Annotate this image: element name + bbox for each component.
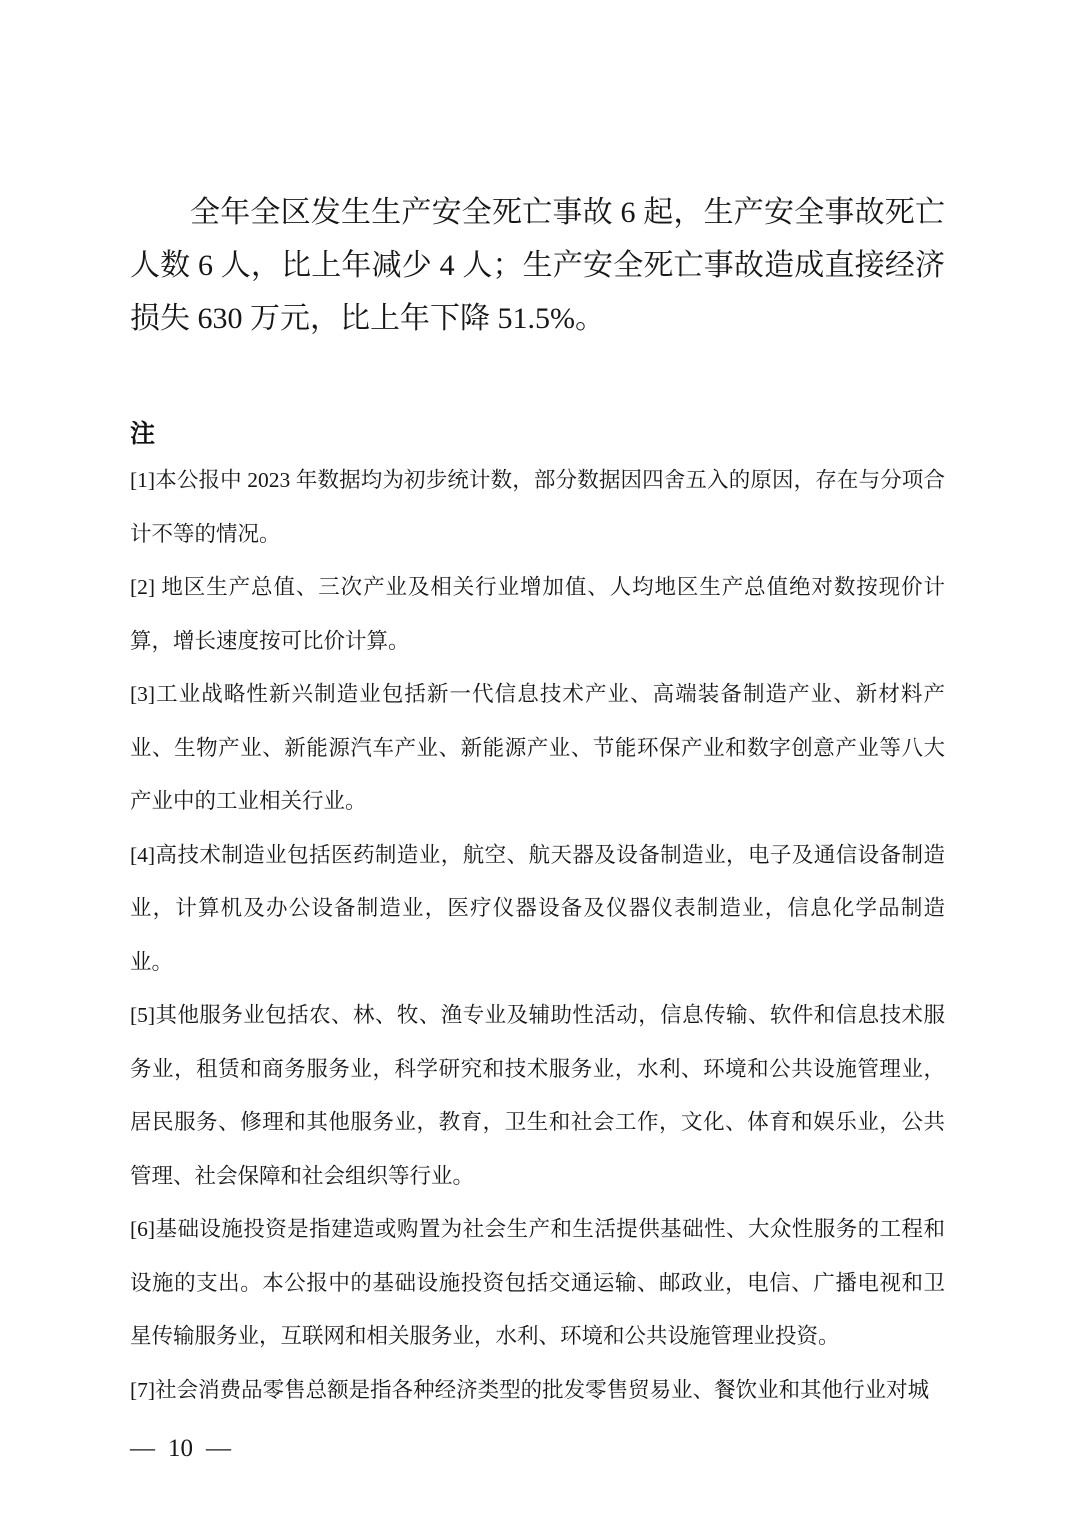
note-item: [4]高技术制造业包括医药制造业，航空、航天器及设备制造业，电子及通信设备制造业…	[130, 829, 945, 990]
note-item: [7]社会消费品零售总额是指各种经济类型的批发零售贸易业、餐饮业和其他行业对城	[130, 1364, 945, 1418]
footer-dash-right: —	[206, 1434, 231, 1464]
notes-heading: 注	[130, 418, 945, 450]
note-item: [1]本公报中 2023 年数据均为初步统计数，部分数据因四舍五入的原因，存在与…	[130, 454, 945, 561]
document-page: 全年全区发生生产安全死亡事故 6 起，生产安全事故死亡人数 6 人，比上年减少 …	[0, 0, 1074, 1520]
note-item: [6]基础设施投资是指建造或购置为社会生产和生活提供基础性、大众性服务的工程和设…	[130, 1203, 945, 1364]
note-item: [2] 地区生产总值、三次产业及相关行业增加值、人均地区生产总值绝对数按现价计算…	[130, 561, 945, 668]
body-paragraph: 全年全区发生生产安全死亡事故 6 起，生产安全事故死亡人数 6 人，比上年减少 …	[130, 186, 945, 345]
footer-dash-left: —	[130, 1434, 155, 1464]
page-footer: —10—	[130, 1434, 945, 1464]
note-item: [5]其他服务业包括农、林、牧、渔专业及辅助性活动，信息传输、软件和信息技术服务…	[130, 989, 945, 1203]
notes-section: [1]本公报中 2023 年数据均为初步统计数，部分数据因四舍五入的原因，存在与…	[130, 454, 945, 1417]
page-number: 10	[168, 1434, 193, 1464]
note-item: [3]工业战略性新兴制造业包括新一代信息技术产业、高端装备制造产业、新材料产业、…	[130, 668, 945, 829]
